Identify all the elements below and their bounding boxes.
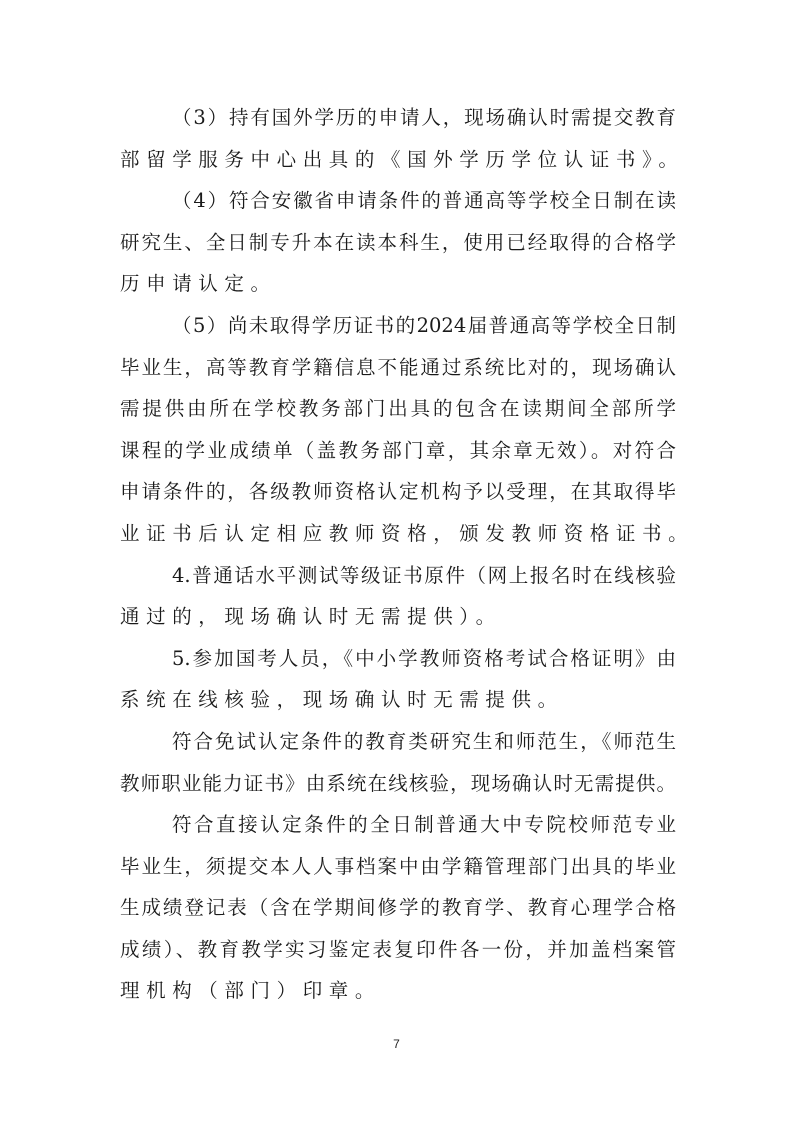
line-text: 历申请认定。 <box>120 266 676 308</box>
line-text: 研究生、全日制专升本在读本科生，使用已经取得的合格学 <box>120 225 676 267</box>
document-body: （3）持有国外学历的申请人，现场确认时需提交教育 部留学服务中心出具的《国外学历… <box>120 100 676 1015</box>
line-text: 申请条件的，各级教师资格认定机构予以受理，在其取得毕 <box>120 474 676 516</box>
line-text: 需提供由所在学校教务部门出具的包含在读期间全部所学 <box>120 391 676 433</box>
page-number: 7 <box>0 1037 793 1051</box>
paragraph-mandarin-certificate: 4.普通话水平测试等级证书原件（网上报名时在线核验 通过的，现场确认时无需提供）… <box>120 558 676 641</box>
text-line: 历申请认定。 <box>120 266 676 308</box>
text-line: 符合直接认定条件的全日制普通大中专院校师范专业 <box>120 807 676 849</box>
paragraph-2024-graduates: （5）尚未取得学历证书的2024届普通高等学校全日制 毕业生，高等教育学籍信息不… <box>120 308 676 558</box>
text-line: 成绩）、教育教学实习鉴定表复印件各一份，并加盖档案管 <box>120 932 676 974</box>
line-text: 4.普通话水平测试等级证书原件（网上报名时在线核验 <box>172 558 676 600</box>
text-line: 毕业生，须提交本人人事档案中由学籍管理部门出具的毕业 <box>120 849 676 891</box>
line-text: 毕业生，高等教育学籍信息不能通过系统比对的，现场确认 <box>120 350 676 392</box>
text-line: 教师职业能力证书》由系统在线核验，现场确认时无需提供。 <box>120 766 676 808</box>
line-text: 业证书后认定相应教师资格，颁发教师资格证书。 <box>120 516 676 558</box>
text-line: （5）尚未取得学历证书的2024届普通高等学校全日制 <box>120 308 676 350</box>
line-text: 生成绩登记表（含在学期间修学的教育学、教育心理学合格 <box>120 890 676 932</box>
text-line: 生成绩登记表（含在学期间修学的教育学、教育心理学合格 <box>120 890 676 932</box>
line-text: （3）持有国外学历的申请人，现场确认时需提交教育 <box>172 100 676 142</box>
text-line: 理机构（部门）印章。 <box>120 973 676 1015</box>
text-line: 需提供由所在学校教务部门出具的包含在读期间全部所学 <box>120 391 676 433</box>
paragraph-foreign-degree: （3）持有国外学历的申请人，现场确认时需提交教育 部留学服务中心出具的《国外学历… <box>120 100 676 183</box>
text-line: 5.参加国考人员，《中小学教师资格考试合格证明》由 <box>120 641 676 683</box>
line-text: 教师职业能力证书》由系统在线核验，现场确认时无需提供。 <box>120 766 676 808</box>
line-text: （5）尚未取得学历证书的2024届普通高等学校全日制 <box>172 308 676 350</box>
line-text: 符合直接认定条件的全日制普通大中专院校师范专业 <box>172 807 676 849</box>
text-line: 4.普通话水平测试等级证书原件（网上报名时在线核验 <box>120 558 676 600</box>
line-text: 课程的学业成绩单（盖教务部门章，其余章无效）。对符合 <box>120 433 676 475</box>
text-line: 业证书后认定相应教师资格，颁发教师资格证书。 <box>120 516 676 558</box>
line-text: 成绩）、教育教学实习鉴定表复印件各一份，并加盖档案管 <box>120 932 676 974</box>
line-text: 理机构（部门）印章。 <box>120 973 676 1015</box>
document-page: （3）持有国外学历的申请人，现场确认时需提交教育 部留学服务中心出具的《国外学历… <box>0 0 793 1122</box>
line-text: 毕业生，须提交本人人事档案中由学籍管理部门出具的毕业 <box>120 849 676 891</box>
paragraph-national-exam: 5.参加国考人员，《中小学教师资格考试合格证明》由 系统在线核验，现场确认时无需… <box>120 641 676 724</box>
text-line: 系统在线核验，现场确认时无需提供。 <box>120 682 676 724</box>
text-line: 通过的，现场确认时无需提供）。 <box>120 599 676 641</box>
text-line: 申请条件的，各级教师资格认定机构予以受理，在其取得毕 <box>120 474 676 516</box>
paragraph-direct-certification: 符合直接认定条件的全日制普通大中专院校师范专业 毕业生，须提交本人人事档案中由学… <box>120 807 676 1015</box>
paragraph-anhui-students: （4）符合安徽省申请条件的普通高等学校全日制在读 研究生、全日制专升本在读本科生… <box>120 183 676 308</box>
line-text: （4）符合安徽省申请条件的普通高等学校全日制在读 <box>172 183 676 225</box>
line-text: 符合免试认定条件的教育类研究生和师范生，《师范生 <box>172 724 676 766</box>
text-line: （4）符合安徽省申请条件的普通高等学校全日制在读 <box>120 183 676 225</box>
line-text: 系统在线核验，现场确认时无需提供。 <box>120 682 676 724</box>
text-line: （3）持有国外学历的申请人，现场确认时需提交教育 <box>120 100 676 142</box>
text-line: 部留学服务中心出具的《国外学历学位认证书》。 <box>120 142 676 184</box>
text-line: 课程的学业成绩单（盖教务部门章，其余章无效）。对符合 <box>120 433 676 475</box>
text-line: 毕业生，高等教育学籍信息不能通过系统比对的，现场确认 <box>120 350 676 392</box>
text-line: 符合免试认定条件的教育类研究生和师范生，《师范生 <box>120 724 676 766</box>
text-line: 研究生、全日制专升本在读本科生，使用已经取得的合格学 <box>120 225 676 267</box>
line-text: 5.参加国考人员，《中小学教师资格考试合格证明》由 <box>172 641 676 683</box>
paragraph-exam-exempt: 符合免试认定条件的教育类研究生和师范生，《师范生 教师职业能力证书》由系统在线核… <box>120 724 676 807</box>
line-text: 部留学服务中心出具的《国外学历学位认证书》。 <box>120 142 676 184</box>
line-text: 通过的，现场确认时无需提供）。 <box>120 599 676 641</box>
